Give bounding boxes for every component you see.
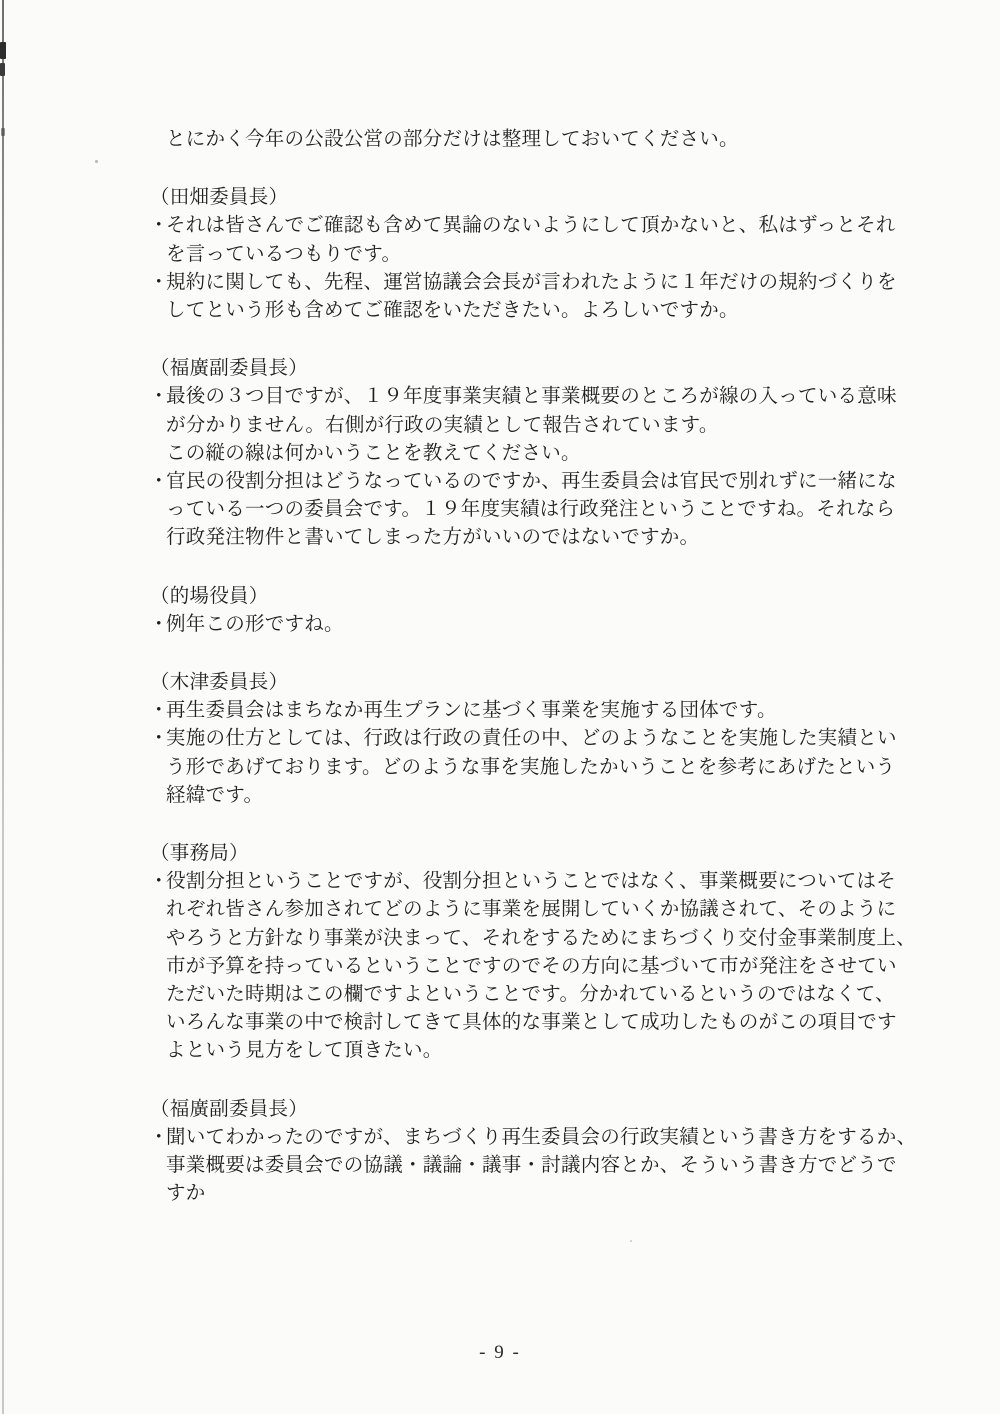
page-number: - 9 -: [0, 1342, 1000, 1364]
text-line-content: それは皆さんでご確認も含めて異論のないようにして頂かないと、私はずっとそれ: [166, 215, 896, 236]
bullet-marker: ・: [149, 383, 169, 411]
text-line: この縦の線は何かいうことを教えてください。: [166, 440, 896, 468]
text-line: 事業概要は委員会での協議・議論・議事・討議内容とか、そういう書き方でどうで: [166, 1152, 896, 1180]
scan-artifact-mark: [0, 63, 5, 76]
scanned-document-page: とにかく今年の公設公営の部分だけは整理しておいてください。 （田畑委員長） ・そ…: [0, 0, 1000, 1414]
text-line-content: 再生委員会はまちなか再生プランに基づく事業を実施する団体です。: [166, 700, 777, 721]
text-line-content: 最後の３つ目ですが、１９年度事業実績と事業概要のところが線の入っている意味: [166, 386, 897, 407]
bullet-marker: ・: [149, 212, 169, 240]
speech-section: （事務局） ・役割分担ということですが、役割分担ということではなく、事業概要につ…: [148, 840, 896, 1066]
speech-section: （木津委員長） ・再生委員会はまちなか再生プランに基づく事業を実施する団体です。…: [148, 669, 896, 810]
speaker-heading: （事務局）: [150, 840, 896, 868]
text-line: が分かりません。右側が行政の実績として報告されています。: [166, 412, 896, 440]
text-line: ・官民の役割分担はどうなっているのですか、再生委員会は官民で別れずに一緒にな: [166, 468, 896, 496]
speaker-heading: （福廣副委員長）: [150, 355, 896, 383]
statement-item: ・実施の仕方としては、行政は行政の責任の中、どのようなことを実施した実績とい う…: [148, 725, 896, 810]
text-line: すか: [166, 1180, 896, 1208]
scan-artifact-speck: [630, 1240, 632, 1242]
text-line: っている一つの委員会です。１９年度実績は行政発注ということですね。それなら: [166, 496, 896, 524]
intro-paragraph-line: とにかく今年の公設公営の部分だけは整理しておいてください。: [166, 126, 896, 154]
bullet-marker: ・: [149, 468, 169, 496]
speaker-heading: （福廣副委員長）: [150, 1096, 896, 1124]
text-line: 行政発注物件と書いてしまった方がいいのではないですか。: [166, 524, 896, 552]
scan-artifact-mark: [1, 128, 5, 136]
document-body: とにかく今年の公設公営の部分だけは整理しておいてください。 （田畑委員長） ・そ…: [148, 126, 896, 1209]
text-line: れぞれ皆さん参加されてどのように事業を展開していくか協議されて、そのように: [166, 896, 896, 924]
text-line: 市が予算を持っているということですのでその方向に基づいて市が発注をさせてい: [166, 953, 896, 981]
speaker-heading: （木津委員長）: [150, 669, 896, 697]
bullet-marker: ・: [149, 868, 169, 896]
speech-section: （福廣副委員長） ・最後の３つ目ですが、１９年度事業実績と事業概要のところが線の…: [148, 355, 896, 552]
statement-item: ・それは皆さんでご確認も含めて異論のないようにして頂かないと、私はずっとそれ を…: [148, 212, 896, 268]
scan-artifact-mark: [0, 42, 6, 59]
text-line: ・実施の仕方としては、行政は行政の責任の中、どのようなことを実施した実績とい: [166, 725, 896, 753]
speech-section: （田畑委員長） ・それは皆さんでご確認も含めて異論のないようにして頂かないと、私…: [148, 184, 896, 325]
speaker-heading: （的場役員）: [150, 583, 896, 611]
text-line: ・規約に関しても、先程、運営協議会会長が言われたように１年だけの規約づくりを: [166, 269, 896, 297]
text-line-content: 役割分担ということですが、役割分担ということではなく、事業概要についてはそ: [166, 871, 896, 892]
text-line: ・聞いてわかったのですが、まちづくり再生委員会の行政実績という書き方をするか、: [166, 1124, 896, 1152]
bullet-marker: ・: [149, 725, 169, 753]
bullet-marker: ・: [149, 269, 169, 297]
speech-section: （的場役員） ・例年この形ですね。: [148, 583, 896, 639]
statement-item: ・官民の役割分担はどうなっているのですか、再生委員会は官民で別れずに一緒にな っ…: [148, 468, 896, 553]
scan-artifact-speck: [95, 160, 98, 163]
text-line-content: 規約に関しても、先程、運営協議会会長が言われたように１年だけの規約づくりを: [166, 272, 897, 293]
statement-item: ・最後の３つ目ですが、１９年度事業実績と事業概要のところが線の入っている意味 が…: [148, 383, 896, 468]
text-line-content: 実施の仕方としては、行政は行政の責任の中、どのようなことを実施した実績とい: [166, 728, 897, 749]
text-line: う形であげております。どのような事を実施したかいうことを参考にあげたという: [166, 754, 896, 782]
bullet-marker: ・: [149, 611, 169, 639]
statement-item: ・例年この形ですね。: [148, 611, 896, 639]
text-line: を言っているつもりです。: [166, 241, 896, 269]
text-line: ただいた時期はこの欄ですよということです。分かれているというのではなくて、: [166, 981, 896, 1009]
speaker-heading: （田畑委員長）: [150, 184, 896, 212]
bullet-marker: ・: [149, 1124, 169, 1152]
text-line: ・役割分担ということですが、役割分担ということではなく、事業概要についてはそ: [166, 868, 896, 896]
text-line: ・再生委員会はまちなか再生プランに基づく事業を実施する団体です。: [166, 697, 896, 725]
text-line: ・例年この形ですね。: [166, 611, 896, 639]
scanner-edge-line: [2, 0, 4, 1414]
speech-section: （福廣副委員長） ・聞いてわかったのですが、まちづくり再生委員会の行政実績という…: [148, 1096, 896, 1209]
text-line: 経緯です。: [166, 782, 896, 810]
text-line: いろんな事業の中で検討してきて具体的な事業として成功したものがこの項目です: [166, 1009, 896, 1037]
text-line-content: 官民の役割分担はどうなっているのですか、再生委員会は官民で別れずに一緒にな: [166, 471, 897, 492]
text-line: ・最後の３つ目ですが、１９年度事業実績と事業概要のところが線の入っている意味: [166, 383, 896, 411]
text-line: ・それは皆さんでご確認も含めて異論のないようにして頂かないと、私はずっとそれ: [166, 212, 896, 240]
statement-item: ・再生委員会はまちなか再生プランに基づく事業を実施する団体です。: [148, 697, 896, 725]
text-line: してという形も含めてご確認をいただきたい。よろしいですか。: [166, 297, 896, 325]
text-line-content: 聞いてわかったのですが、まちづくり再生委員会の行政実績という書き方をするか、: [166, 1127, 916, 1148]
statement-item: ・聞いてわかったのですが、まちづくり再生委員会の行政実績という書き方をするか、 …: [148, 1124, 896, 1209]
statement-item: ・規約に関しても、先程、運営協議会会長が言われたように１年だけの規約づくりを し…: [148, 269, 896, 325]
text-line: やろうと方針なり事業が決まって、それをするためにまちづくり交付金事業制度上、: [166, 925, 896, 953]
text-line-content: 例年この形ですね。: [166, 614, 344, 635]
bullet-marker: ・: [149, 697, 169, 725]
statement-item: ・役割分担ということですが、役割分担ということではなく、事業概要についてはそ れ…: [148, 868, 896, 1065]
text-line: よという見方をして頂きたい。: [166, 1037, 896, 1065]
